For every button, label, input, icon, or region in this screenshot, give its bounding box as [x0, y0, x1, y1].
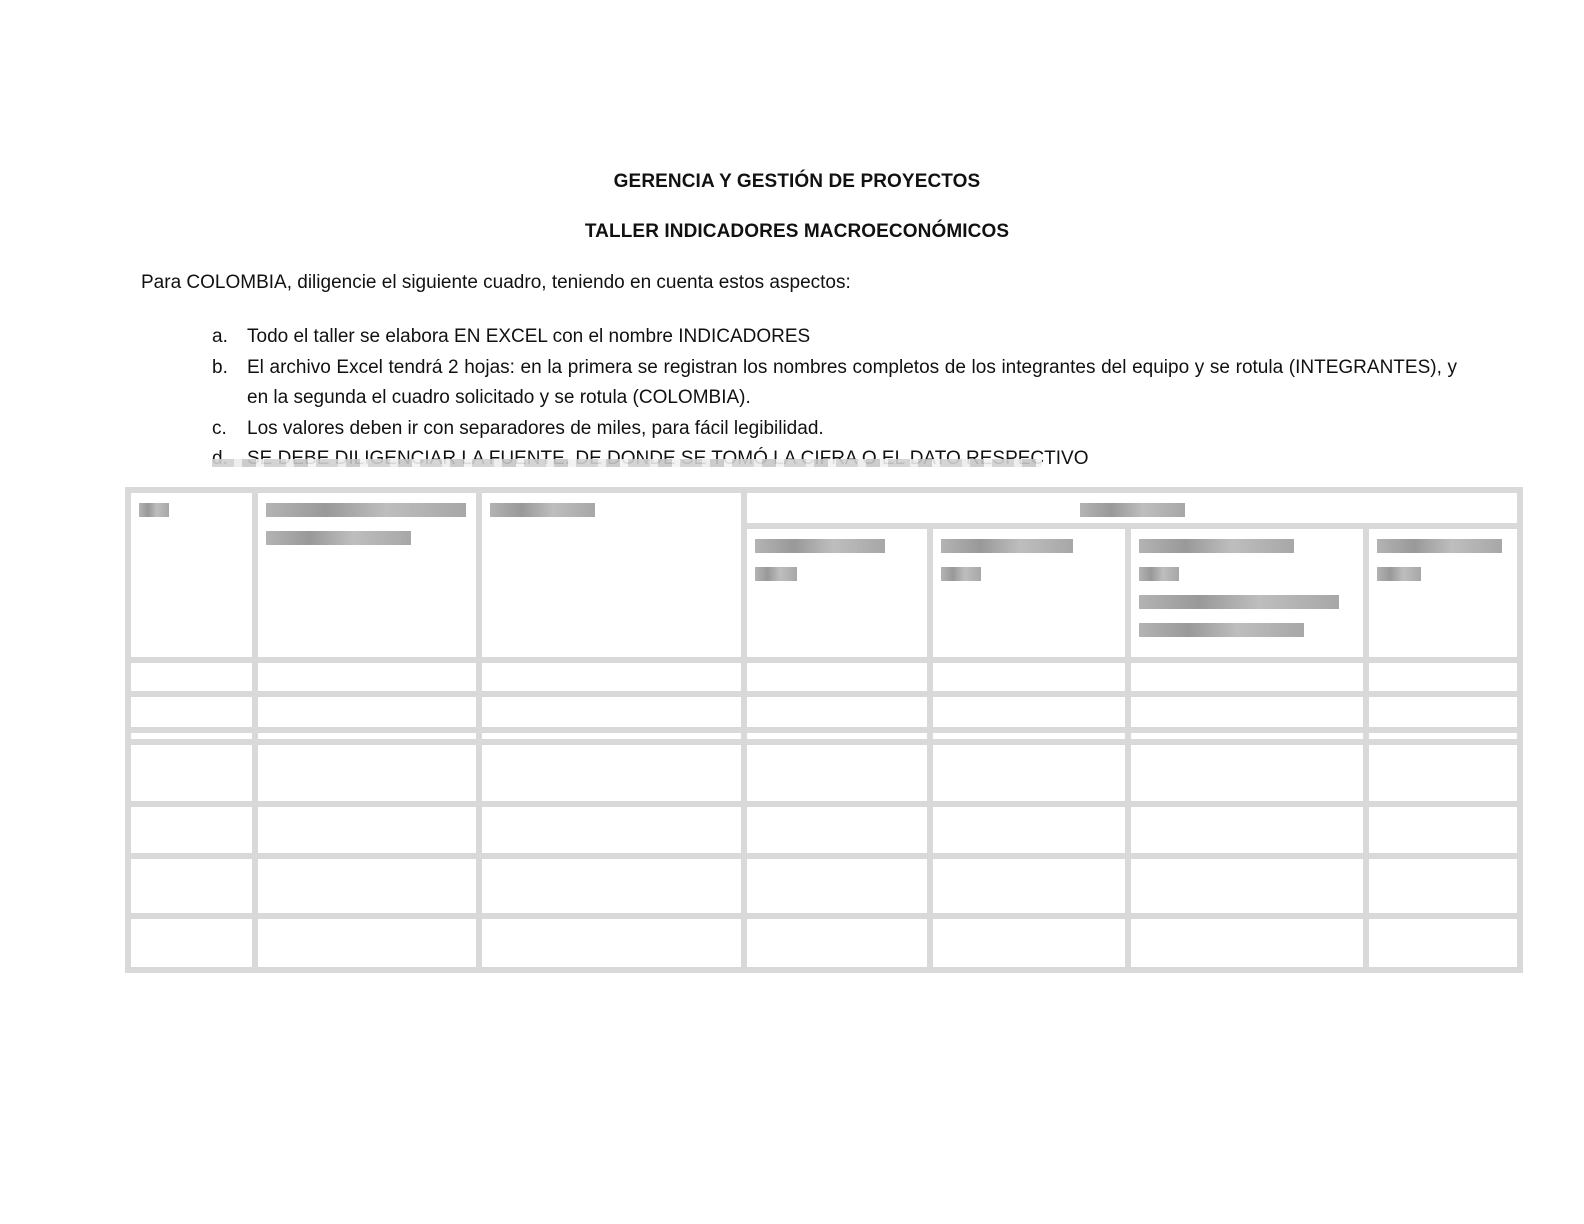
empty-cell: [479, 660, 744, 694]
empty-cell: [930, 804, 1128, 856]
empty-cell: [128, 742, 255, 804]
document-title: GERENCIA Y GESTIÓN DE PROYECTOS: [0, 171, 1584, 193]
empty-cell: [930, 730, 1128, 742]
table-row: [128, 742, 1520, 804]
empty-cell: [744, 694, 930, 730]
empty-cell: [255, 694, 479, 730]
instruction-text: El archivo Excel tendrá 2 hojas: en la p…: [247, 353, 1457, 414]
redacted-text-strip: [212, 459, 1042, 467]
empty-cell: [479, 856, 744, 916]
empty-cell: [255, 742, 479, 804]
empty-cell: [1128, 694, 1366, 730]
empty-cell: [930, 916, 1128, 970]
empty-cell: [744, 742, 930, 804]
table-row: [128, 730, 1520, 742]
header-cell-sub-2: [930, 526, 1128, 660]
empty-cell: [1128, 804, 1366, 856]
redacted-header-text: [941, 539, 1073, 553]
empty-cell: [1366, 742, 1520, 804]
instruction-item: b. El archivo Excel tendrá 2 hojas: en l…: [212, 353, 1457, 414]
redacted-header-text: [1377, 539, 1502, 553]
intro-paragraph: Para COLOMBIA, diligencie el siguiente c…: [141, 272, 851, 294]
empty-cell: [930, 694, 1128, 730]
instruction-text: Todo el taller se elabora EN EXCEL con e…: [247, 322, 1457, 353]
empty-cell: [1128, 856, 1366, 916]
empty-cell: [1366, 916, 1520, 970]
empty-cell: [930, 660, 1128, 694]
instruction-text: Los valores deben ir con separadores de …: [247, 414, 1457, 445]
header-cell-sub-3: [1128, 526, 1366, 660]
empty-cell: [255, 660, 479, 694]
redacted-header-text: [1139, 623, 1304, 637]
instruction-item: a. Todo el taller se elabora EN EXCEL co…: [212, 322, 1457, 353]
redacted-header-text: [1080, 503, 1185, 517]
redacted-header-text: [1377, 567, 1421, 581]
empty-cell: [128, 694, 255, 730]
table-row: [128, 660, 1520, 694]
empty-cell: [128, 660, 255, 694]
empty-cell: [128, 916, 255, 970]
empty-cell: [1366, 660, 1520, 694]
empty-cell: [1366, 694, 1520, 730]
header-cell-sub-4: [1366, 526, 1520, 660]
empty-cell: [930, 856, 1128, 916]
table-row: [128, 856, 1520, 916]
header-cell-indicator: [479, 490, 744, 660]
list-marker: c.: [212, 414, 247, 445]
empty-cell: [744, 916, 930, 970]
list-marker: b.: [212, 353, 247, 414]
empty-cell: [479, 916, 744, 970]
document-subtitle: TALLER INDICADORES MACROECONÓMICOS: [0, 221, 1584, 243]
empty-cell: [1128, 916, 1366, 970]
empty-cell: [479, 730, 744, 742]
empty-cell: [744, 730, 930, 742]
redacted-header-text: [755, 539, 885, 553]
empty-cell: [1128, 730, 1366, 742]
redacted-header-text: [266, 531, 411, 545]
empty-cell: [479, 742, 744, 804]
empty-cell: [128, 730, 255, 742]
redacted-header-text: [1139, 595, 1339, 609]
redacted-header-text: [1139, 539, 1294, 553]
empty-cell: [744, 856, 930, 916]
table-row: [128, 804, 1520, 856]
empty-cell: [744, 804, 930, 856]
empty-cell: [255, 916, 479, 970]
header-cell-group: [744, 490, 1520, 526]
empty-cell: [744, 660, 930, 694]
empty-cell: [1366, 730, 1520, 742]
empty-cell: [128, 856, 255, 916]
indicators-table-wrapper: [125, 487, 1523, 973]
instruction-list: a. Todo el taller se elabora EN EXCEL co…: [212, 322, 1457, 464]
list-marker: a.: [212, 322, 247, 353]
redacted-header-text: [1139, 567, 1179, 581]
header-cell-source: [255, 490, 479, 660]
redacted-header-text: [139, 503, 169, 517]
table-row: [128, 694, 1520, 730]
header-cell-no: [128, 490, 255, 660]
empty-cell: [930, 742, 1128, 804]
redacted-header-text: [941, 567, 981, 581]
indicators-table: [125, 487, 1523, 973]
redacted-header-text: [266, 503, 466, 517]
empty-cell: [1128, 660, 1366, 694]
empty-cell: [255, 856, 479, 916]
empty-cell: [255, 804, 479, 856]
empty-cell: [128, 804, 255, 856]
empty-cell: [479, 694, 744, 730]
empty-cell: [1366, 804, 1520, 856]
redacted-header-text: [755, 567, 797, 581]
empty-cell: [479, 804, 744, 856]
empty-cell: [255, 730, 479, 742]
table-row: [128, 916, 1520, 970]
header-cell-sub-1: [744, 526, 930, 660]
redacted-header-text: [490, 503, 595, 517]
empty-cell: [1366, 856, 1520, 916]
empty-cell: [1128, 742, 1366, 804]
instruction-item: c. Los valores deben ir con separadores …: [212, 414, 1457, 445]
